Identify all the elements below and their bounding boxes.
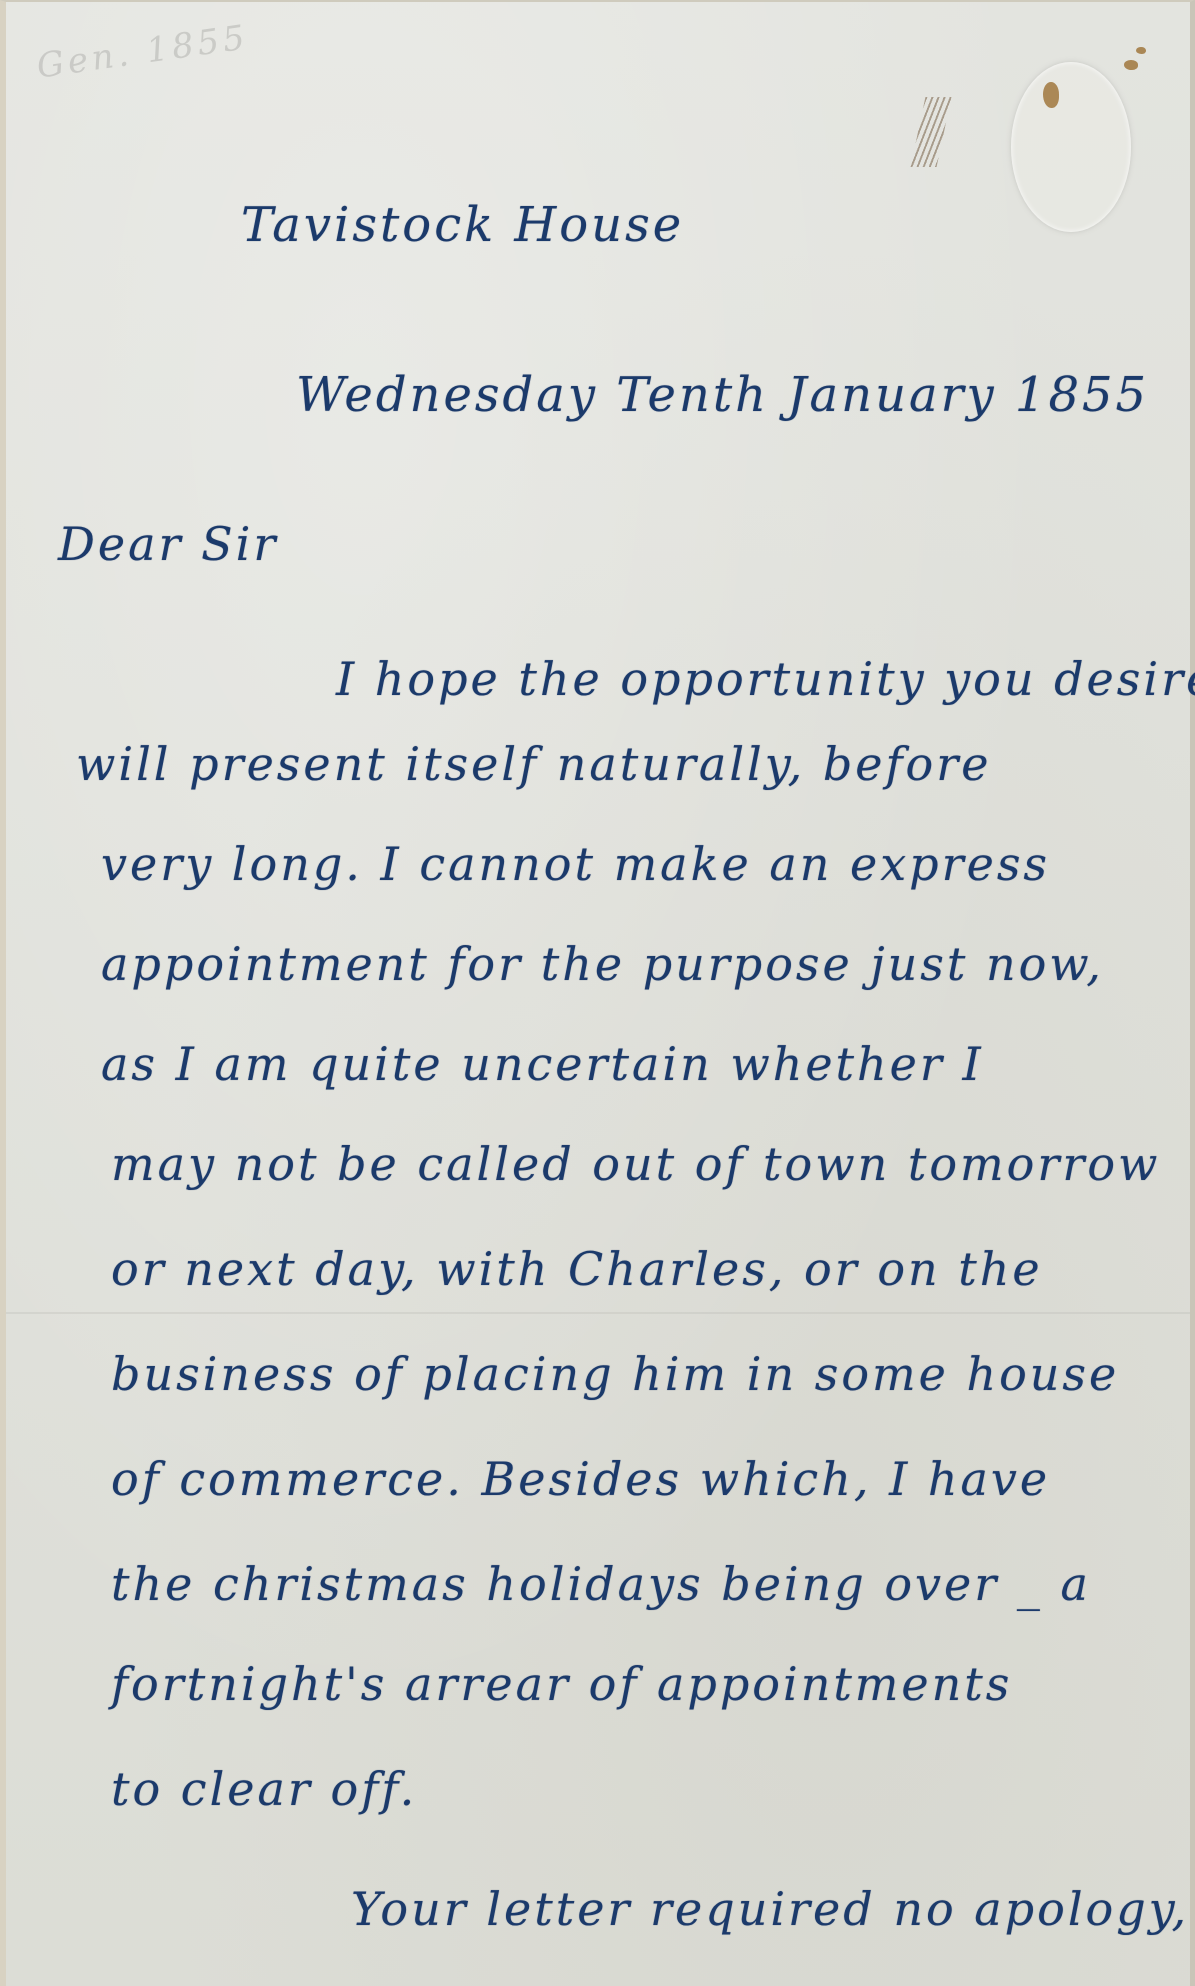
body-line: of commerce. Besides which, I have [111,1452,1050,1506]
body-line: may not be called out of town tomorrow [111,1137,1160,1191]
embossed-stationer-seal [1011,62,1131,232]
body-line: as I am quite uncertain whether I [101,1037,984,1091]
foxing-stain [1043,82,1059,108]
body-line: appointment for the purpose just now, [101,937,1104,991]
body-line: fortnight's arrear of appointments [111,1657,1012,1711]
body-line: Your letter required no apology, [351,1882,1189,1936]
body-line: will present itself naturally, before [76,737,991,791]
body-line: very long. I cannot make an express [101,837,1050,891]
pencil-annotation: Gen. 1855 [34,17,251,86]
letter-date: Wednesday Tenth January 1855 [296,367,1149,423]
foxing-stain [1124,60,1138,70]
letter-salutation: Dear Sir [58,517,278,571]
body-line: to clear off. [111,1762,417,1816]
body-line: I hope the opportunity you desire [336,652,1195,706]
foxing-stain [1136,47,1146,54]
paper-fold-line [6,1312,1190,1314]
tally-marks [911,97,952,167]
body-line: the christmas holidays being over _ a [111,1557,1091,1611]
body-line: business of placing him in some house [111,1347,1119,1401]
body-line: or next day, with Charles, or on the [111,1242,1043,1296]
letter-address: Tavistock House [241,197,684,253]
letter-sheet: Gen. 1855 Tavistock House Wednesday Tent… [0,0,1195,1986]
